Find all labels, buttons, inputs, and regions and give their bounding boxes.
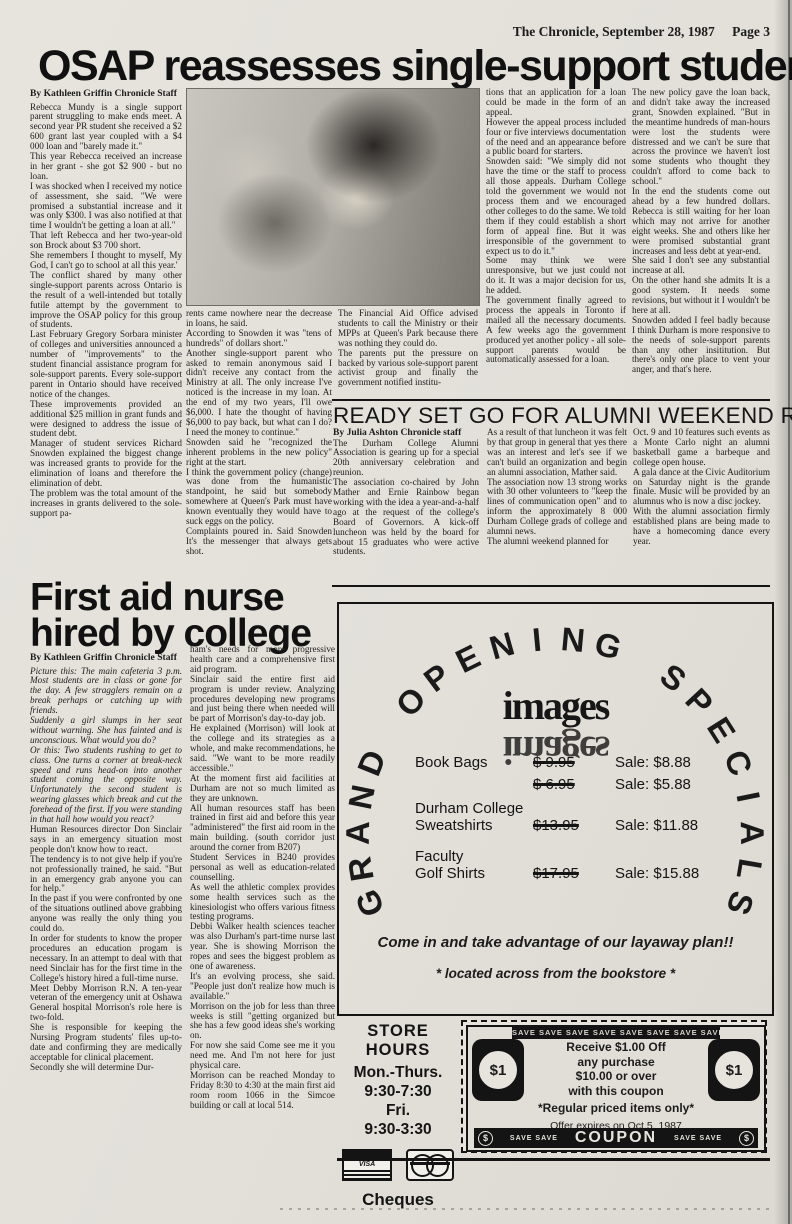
ad-item-old-price: $ 9.95 xyxy=(533,754,615,771)
visa-label: VISA xyxy=(344,1160,390,1170)
coupon-denomination: $1 xyxy=(476,1048,520,1092)
ad-item-old-price: $13.95 xyxy=(533,817,615,834)
alumni-top-rule xyxy=(332,399,770,401)
alumni-col1-text: The Durham College Alumni Association is… xyxy=(333,439,479,558)
store-hours-schedule: Mon.-Thurs. 9:30-7:30 Fri. 9:30-3:30 xyxy=(337,1063,459,1139)
first-aid-byline: By Kathleen Griffin Chronicle Staff xyxy=(30,652,182,664)
first-aid-col1-lead: Picture this: The main cafeteria 3 p.m. … xyxy=(30,667,182,826)
article-photo xyxy=(186,88,480,306)
osap-column-4: tions that an application for a loan cou… xyxy=(486,88,626,396)
dollar-sign-icon: $ xyxy=(478,1131,493,1146)
grand-opening-ad: GRANDOPENINGSPECIALS images images Book … xyxy=(337,602,774,1016)
osap-col4-text: tions that an application for a loan cou… xyxy=(486,88,626,365)
store-hours-title: STORE HOURS xyxy=(337,1022,459,1060)
coupon-save-small-right: SAVE SAVE xyxy=(674,1135,722,1142)
first-aid-column-2: ham's needs for more progressive health … xyxy=(190,645,335,1173)
dollar-sign-icon: $ xyxy=(739,1131,754,1146)
alumni-column-1: By Julia Ashton Chronicle staff The Durh… xyxy=(333,427,479,583)
scan-edge-line xyxy=(788,0,790,1224)
mastercard-icon xyxy=(406,1149,454,1181)
masthead: The Chronicle, September 28, 1987 Page 3 xyxy=(420,24,770,40)
scan-artifact xyxy=(280,1208,772,1210)
osap-column-1: By Kathleen Griffin Chronicle Staff Rebe… xyxy=(30,88,182,592)
ad-item-old-price: $ 6.95 xyxy=(533,776,615,793)
ad-item-row: Faculty Golf Shirts $17.95 Sale: $15.88 xyxy=(415,848,755,882)
images-logo-text: images xyxy=(503,683,609,728)
first-aid-col2-text: ham's needs for more progressive health … xyxy=(190,645,335,1111)
visa-card-icon: VISA xyxy=(342,1149,392,1181)
osap-column-2: rents came nowhere near the decrease in … xyxy=(186,309,332,593)
first-aid-col1-text: Human Resources director Don Sinclair sa… xyxy=(30,825,182,1073)
alumni-col3-text: Oct. 9 and 10 features such events as a … xyxy=(633,428,770,547)
osap-col2-text: rents came nowhere near the decrease in … xyxy=(186,309,332,557)
coupon-save-strip: SAVE SAVE SAVE SAVE SAVE SAVE SAVE SAVE xyxy=(512,1027,720,1039)
ad-item-name: Durham College Sweatshirts xyxy=(415,800,533,834)
osap-col1-text: Rebecca Mundy is a single support parent… xyxy=(30,103,182,519)
alumni-column-3: Oct. 9 and 10 features such events as a … xyxy=(633,428,770,583)
osap-headline: OSAP reassesses single-support students xyxy=(38,42,778,91)
coupon-regular-items-line: *Regular priced items only* xyxy=(468,1101,764,1115)
newspaper-page: The Chronicle, September 28, 1987 Page 3… xyxy=(0,0,792,1224)
osap-column-3: The Financial Aid Office advised student… xyxy=(338,309,478,399)
bottom-rule xyxy=(337,1158,770,1161)
ad-item-old-price: $17.95 xyxy=(533,865,615,882)
alumni-headline: READY SET GO FOR ALUMNI WEEKEND REUNION xyxy=(333,403,771,429)
ad-item-sale-price: Sale: $8.88 xyxy=(615,754,755,771)
first-aid-column-1: By Kathleen Griffin Chronicle Staff Pict… xyxy=(30,652,182,1172)
dollar-off-coupon: SAVE SAVE SAVE SAVE SAVE SAVE SAVE SAVE … xyxy=(461,1020,767,1153)
ad-item-sale-price: Sale: $11.88 xyxy=(615,817,755,834)
ad-location-line: * located across from the bookstore * xyxy=(339,966,772,981)
masthead-issue: The Chronicle, September 28, 1987 xyxy=(513,24,715,39)
osap-byline: By Kathleen Griffin Chronicle Staff xyxy=(30,88,182,100)
alumni-col2-text: As a result of that luncheon it was felt… xyxy=(487,428,627,547)
ad-item-name: Book Bags xyxy=(415,754,533,771)
ad-item-sale-price: Sale: $15.88 xyxy=(615,865,755,882)
alumni-bottom-rule xyxy=(332,585,770,587)
masthead-page-number: Page 3 xyxy=(732,24,770,39)
coupon-offer-text: Receive $1.00 Off any purchase $10.00 or… xyxy=(530,1040,702,1098)
cheques-label: Cheques xyxy=(337,1190,459,1210)
coupon-denomination: $1 xyxy=(712,1048,756,1092)
osap-col3-text: The Financial Aid Office advised student… xyxy=(338,309,478,388)
osap-col5-text: The new policy gave the loan back, and d… xyxy=(632,88,770,375)
store-hours-block: STORE HOURS Mon.-Thurs. 9:30-7:30 Fri. 9… xyxy=(337,1022,459,1210)
ad-item-sale-price: Sale: $5.88 xyxy=(615,776,755,793)
coupon-dollar-medallion-right: $1 xyxy=(708,1039,760,1101)
coupon-ribbon: $ SAVE SAVE COUPON SAVE SAVE $ xyxy=(474,1128,758,1148)
ad-item-name: Faculty Golf Shirts xyxy=(415,848,533,882)
alumni-column-2: As a result of that luncheon it was felt… xyxy=(487,428,627,583)
ad-layaway-line: Come in and take advantage of our layawa… xyxy=(339,934,772,951)
osap-column-5: The new policy gave the loan back, and d… xyxy=(632,88,770,398)
coupon-dollar-medallion-left: $1 xyxy=(472,1039,524,1101)
coupon-word: COUPON xyxy=(575,1129,657,1147)
payment-icons: VISA xyxy=(337,1149,459,1181)
ad-item-row: Book Bags $ 9.95 Sale: $8.88 xyxy=(415,754,755,771)
ad-item-row: Durham College Sweatshirts $13.95 Sale: … xyxy=(415,800,755,834)
ad-item-row: $ 6.95 Sale: $5.88 xyxy=(415,776,755,793)
coupon-frame: SAVE SAVE SAVE SAVE SAVE SAVE SAVE SAVE … xyxy=(466,1025,766,1152)
coupon-save-small-left: SAVE SAVE xyxy=(510,1135,558,1142)
first-aid-headline-line1: First aid nurse xyxy=(30,580,340,616)
alumni-byline: By Julia Ashton Chronicle staff xyxy=(333,427,479,439)
